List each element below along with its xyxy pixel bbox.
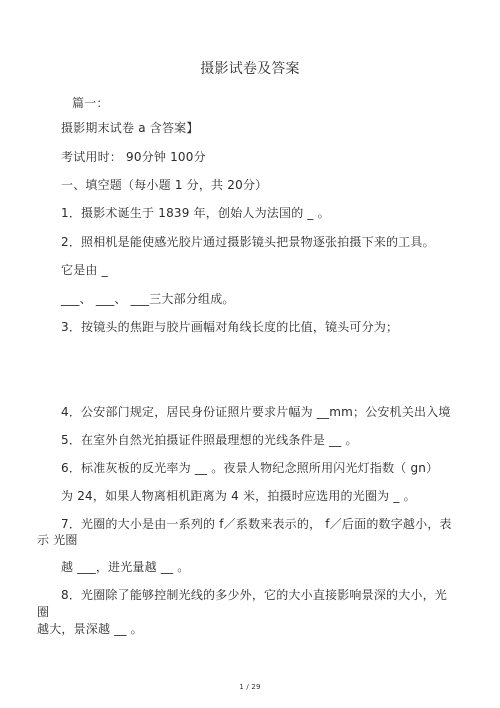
- exam-time: 考试用时： 90分钟 100分: [61, 150, 206, 164]
- question-5: 5．在室外自然光拍摄证件照最理想的光线条件是 __ 。: [61, 433, 358, 447]
- question-8-line-1: 8．光圈除了能够控制光线的多少外，它的大小直接影响景深的大小，光: [61, 588, 447, 602]
- question-8-line-2: 圈: [37, 605, 49, 619]
- question-4: 4．公安部门规定，居民身份证照片要求片幅为 __mm；公安机关出入境: [61, 405, 451, 419]
- question-6-line-1: 6．标准灰板的反光率为 __ 。夜景人物纪念照所用闪光灯指数（ gn）: [61, 461, 438, 475]
- question-2-line-3: ___、 ___、 ___三大部分组成。: [61, 292, 235, 306]
- part-heading: 一、填空题（每小题 1 分，共 20分）: [61, 178, 267, 192]
- document-title: 摄影试卷及答案: [0, 62, 500, 76]
- question-2-line-2: 它是由 _: [61, 263, 108, 277]
- question-3: 3．按镜头的焦距与胶片画幅对角线长度的比值，镜头可分为；: [61, 320, 398, 334]
- question-8-line-3: 越大，景深越 __ 。: [37, 622, 143, 636]
- question-7-line-3: 越 ___，进光量越 __ 。: [61, 560, 189, 574]
- question-2-line-1: 2．照相机是能使感光胶片通过摄影镜头把景物逐张拍摄下来的工具。: [61, 235, 435, 249]
- document-subtitle: 摄影期末试卷 a 含答案】: [61, 121, 199, 135]
- question-7-line-1: 7．光圈的大小是由一系列的 f／系数来表示的， f／后面的数字越小，表: [61, 517, 452, 531]
- question-1: 1．摄影术诞生于 1839 年，创始人为法国的 _ 。: [61, 206, 330, 220]
- section-label: 篇一：: [72, 96, 109, 110]
- page-number: 1 / 29: [0, 680, 500, 694]
- question-7-line-2: 示 光圈: [37, 533, 78, 547]
- question-6-line-2: 为 24，如果人物离相机距离为 4 米，拍摄时应选用的光圈为 _ 。: [61, 489, 416, 503]
